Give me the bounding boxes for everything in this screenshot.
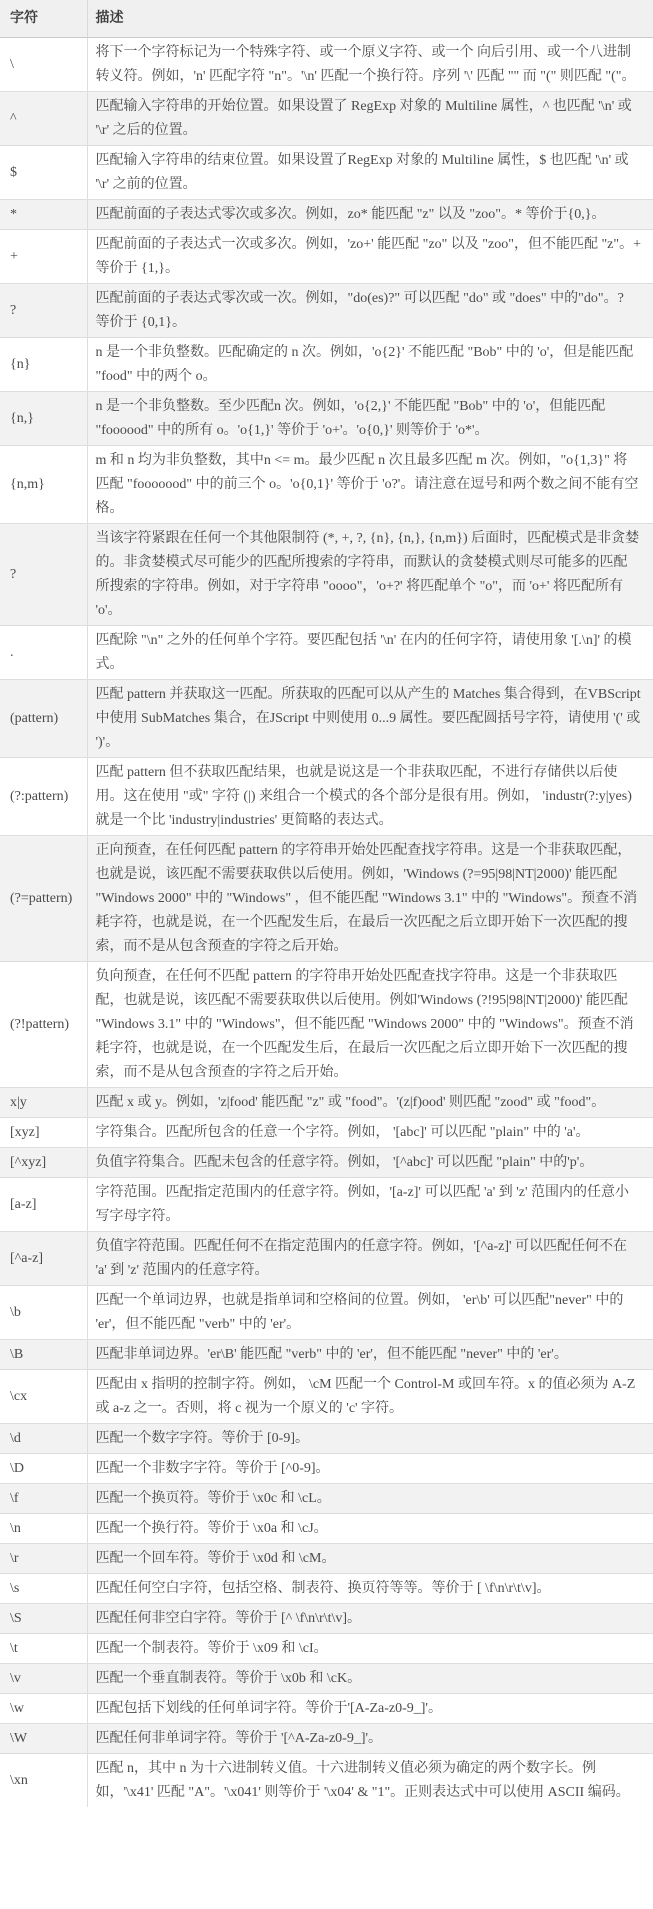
char-cell: \xn xyxy=(0,1754,87,1808)
desc-cell: 匹配一个非数字字符。等价于 [^0-9]。 xyxy=(87,1454,653,1484)
desc-cell: 将下一个字符标记为一个特殊字符、或一个原义字符、或一个 向后引用、或一个八进制转… xyxy=(87,38,653,92)
table-row: [a-z]字符范围。匹配指定范围内的任意字符。例如，'[a-z]' 可以匹配 '… xyxy=(0,1178,653,1232)
table-row: [xyz]字符集合。匹配所包含的任意一个字符。例如， '[abc]' 可以匹配 … xyxy=(0,1118,653,1148)
char-cell: [^xyz] xyxy=(0,1148,87,1178)
char-cell: [xyz] xyxy=(0,1118,87,1148)
char-cell: . xyxy=(0,626,87,680)
char-cell: \n xyxy=(0,1514,87,1544)
desc-cell: 匹配前面的子表达式零次或一次。例如，"do(es)?" 可以匹配 "do" 或 … xyxy=(87,284,653,338)
char-cell: \B xyxy=(0,1340,87,1370)
table-row: [^xyz]负值字符集合。匹配未包含的任意字符。例如， '[^abc]' 可以匹… xyxy=(0,1148,653,1178)
desc-cell: 负向预查，在任何不匹配 pattern 的字符串开始处匹配查找字符串。这是一个非… xyxy=(87,962,653,1088)
desc-cell: 匹配一个制表符。等价于 \x09 和 \cI。 xyxy=(87,1634,653,1664)
desc-cell: 匹配一个单词边界，也就是指单词和空格间的位置。例如， 'er\b' 可以匹配"n… xyxy=(87,1286,653,1340)
table-row: \cx匹配由 x 指明的控制字符。例如， \cM 匹配一个 Control-M … xyxy=(0,1370,653,1424)
char-cell: {n,m} xyxy=(0,446,87,524)
desc-cell: 匹配一个数字字符。等价于 [0-9]。 xyxy=(87,1424,653,1454)
char-cell: x|y xyxy=(0,1088,87,1118)
table-row: \r匹配一个回车符。等价于 \x0d 和 \cM。 xyxy=(0,1544,653,1574)
char-cell: \ xyxy=(0,38,87,92)
char-cell: (pattern) xyxy=(0,680,87,758)
desc-cell: 匹配输入字符串的结束位置。如果设置了RegExp 对象的 Multiline 属… xyxy=(87,146,653,200)
char-cell: $ xyxy=(0,146,87,200)
desc-cell: 匹配除 "\n" 之外的任何单个字符。要匹配包括 '\n' 在内的任何字符，请使… xyxy=(87,626,653,680)
desc-cell: 匹配由 x 指明的控制字符。例如， \cM 匹配一个 Control-M 或回车… xyxy=(87,1370,653,1424)
desc-cell: n 是一个非负整数。至少匹配n 次。例如，'o{2,}' 不能匹配 "Bob" … xyxy=(87,392,653,446)
char-cell: ? xyxy=(0,524,87,626)
regex-reference-table: 字符 描述 \将下一个字符标记为一个特殊字符、或一个原义字符、或一个 向后引用、… xyxy=(0,0,653,1807)
table-body: \将下一个字符标记为一个特殊字符、或一个原义字符、或一个 向后引用、或一个八进制… xyxy=(0,38,653,1808)
table-row: *匹配前面的子表达式零次或多次。例如，zo* 能匹配 "z" 以及 "zoo"。… xyxy=(0,200,653,230)
char-cell: \b xyxy=(0,1286,87,1340)
table-row: ?匹配前面的子表达式零次或一次。例如，"do(es)?" 可以匹配 "do" 或… xyxy=(0,284,653,338)
desc-cell: 匹配前面的子表达式零次或多次。例如，zo* 能匹配 "z" 以及 "zoo"。*… xyxy=(87,200,653,230)
desc-cell: 当该字符紧跟在任何一个其他限制符 (*, +, ?, {n}, {n,}, {n… xyxy=(87,524,653,626)
column-header-desc: 描述 xyxy=(87,0,653,38)
desc-cell: 正向预查，在任何匹配 pattern 的字符串开始处匹配查找字符串。这是一个非获… xyxy=(87,836,653,962)
char-cell: ^ xyxy=(0,92,87,146)
desc-cell: 负值字符范围。匹配任何不在指定范围内的任意字符。例如，'[^a-z]' 可以匹配… xyxy=(87,1232,653,1286)
char-cell: [a-z] xyxy=(0,1178,87,1232)
char-cell: + xyxy=(0,230,87,284)
table-row: (?!pattern)负向预查，在任何不匹配 pattern 的字符串开始处匹配… xyxy=(0,962,653,1088)
desc-cell: 匹配 x 或 y。例如，'z|food' 能匹配 "z" 或 "food"。'(… xyxy=(87,1088,653,1118)
table-row: (?=pattern)正向预查，在任何匹配 pattern 的字符串开始处匹配查… xyxy=(0,836,653,962)
char-cell: ? xyxy=(0,284,87,338)
char-cell: (?:pattern) xyxy=(0,758,87,836)
table-row: (pattern)匹配 pattern 并获取这一匹配。所获取的匹配可以从产生的… xyxy=(0,680,653,758)
char-cell: \S xyxy=(0,1604,87,1634)
desc-cell: m 和 n 均为非负整数，其中n <= m。最少匹配 n 次且最多匹配 m 次。… xyxy=(87,446,653,524)
char-cell: (?=pattern) xyxy=(0,836,87,962)
table-row: \d匹配一个数字字符。等价于 [0-9]。 xyxy=(0,1424,653,1454)
table-row: \B匹配非单词边界。'er\B' 能匹配 "verb" 中的 'er'，但不能匹… xyxy=(0,1340,653,1370)
char-cell: \D xyxy=(0,1454,87,1484)
table-row: \w匹配包括下划线的任何单词字符。等价于'[A-Za-z0-9_]'。 xyxy=(0,1694,653,1724)
table-row: \将下一个字符标记为一个特殊字符、或一个原义字符、或一个 向后引用、或一个八进制… xyxy=(0,38,653,92)
desc-cell: 匹配前面的子表达式一次或多次。例如，'zo+' 能匹配 "zo" 以及 "zoo… xyxy=(87,230,653,284)
table-row: ?当该字符紧跟在任何一个其他限制符 (*, +, ?, {n}, {n,}, {… xyxy=(0,524,653,626)
table-row: {n}n 是一个非负整数。匹配确定的 n 次。例如，'o{2}' 不能匹配 "B… xyxy=(0,338,653,392)
table-row: $匹配输入字符串的结束位置。如果设置了RegExp 对象的 Multiline … xyxy=(0,146,653,200)
table-row: {n,}n 是一个非负整数。至少匹配n 次。例如，'o{2,}' 不能匹配 "B… xyxy=(0,392,653,446)
table-row: .匹配除 "\n" 之外的任何单个字符。要匹配包括 '\n' 在内的任何字符，请… xyxy=(0,626,653,680)
char-cell: (?!pattern) xyxy=(0,962,87,1088)
table-row: \n匹配一个换行符。等价于 \x0a 和 \cJ。 xyxy=(0,1514,653,1544)
char-cell: \r xyxy=(0,1544,87,1574)
desc-cell: 字符集合。匹配所包含的任意一个字符。例如， '[abc]' 可以匹配 "plai… xyxy=(87,1118,653,1148)
table-row: (?:pattern)匹配 pattern 但不获取匹配结果，也就是说这是一个非… xyxy=(0,758,653,836)
char-cell: \s xyxy=(0,1574,87,1604)
desc-cell: 匹配任何非单词字符。等价于 '[^A-Za-z0-9_]'。 xyxy=(87,1724,653,1754)
char-cell: \t xyxy=(0,1634,87,1664)
table-row: [^a-z]负值字符范围。匹配任何不在指定范围内的任意字符。例如，'[^a-z]… xyxy=(0,1232,653,1286)
table-row: \W匹配任何非单词字符。等价于 '[^A-Za-z0-9_]'。 xyxy=(0,1724,653,1754)
table-row: \v匹配一个垂直制表符。等价于 \x0b 和 \cK。 xyxy=(0,1664,653,1694)
desc-cell: 匹配一个换页符。等价于 \x0c 和 \cL。 xyxy=(87,1484,653,1514)
table-row: \t匹配一个制表符。等价于 \x09 和 \cI。 xyxy=(0,1634,653,1664)
desc-cell: 匹配任何空白字符，包括空格、制表符、换页符等等。等价于 [ \f\n\r\t\v… xyxy=(87,1574,653,1604)
table-row: \xn匹配 n，其中 n 为十六进制转义值。十六进制转义值必须为确定的两个数字长… xyxy=(0,1754,653,1808)
char-cell: [^a-z] xyxy=(0,1232,87,1286)
desc-cell: 匹配一个回车符。等价于 \x0d 和 \cM。 xyxy=(87,1544,653,1574)
desc-cell: 匹配包括下划线的任何单词字符。等价于'[A-Za-z0-9_]'。 xyxy=(87,1694,653,1724)
table-row: {n,m}m 和 n 均为非负整数，其中n <= m。最少匹配 n 次且最多匹配… xyxy=(0,446,653,524)
desc-cell: 匹配非单词边界。'er\B' 能匹配 "verb" 中的 'er'，但不能匹配 … xyxy=(87,1340,653,1370)
table-row: \b匹配一个单词边界，也就是指单词和空格间的位置。例如， 'er\b' 可以匹配… xyxy=(0,1286,653,1340)
table-row: ^匹配输入字符串的开始位置。如果设置了 RegExp 对象的 Multiline… xyxy=(0,92,653,146)
desc-cell: 匹配 n，其中 n 为十六进制转义值。十六进制转义值必须为确定的两个数字长。例如… xyxy=(87,1754,653,1808)
char-cell: \W xyxy=(0,1724,87,1754)
table-row: x|y匹配 x 或 y。例如，'z|food' 能匹配 "z" 或 "food"… xyxy=(0,1088,653,1118)
desc-cell: 匹配一个垂直制表符。等价于 \x0b 和 \cK。 xyxy=(87,1664,653,1694)
desc-cell: 匹配 pattern 但不获取匹配结果，也就是说这是一个非获取匹配，不进行存储供… xyxy=(87,758,653,836)
table-row: \D匹配一个非数字字符。等价于 [^0-9]。 xyxy=(0,1454,653,1484)
header-row: 字符 描述 xyxy=(0,0,653,38)
char-cell: * xyxy=(0,200,87,230)
desc-cell: 匹配一个换行符。等价于 \x0a 和 \cJ。 xyxy=(87,1514,653,1544)
char-cell: \w xyxy=(0,1694,87,1724)
table-row: \s匹配任何空白字符，包括空格、制表符、换页符等等。等价于 [ \f\n\r\t… xyxy=(0,1574,653,1604)
char-cell: \f xyxy=(0,1484,87,1514)
char-cell: \cx xyxy=(0,1370,87,1424)
table-header: 字符 描述 xyxy=(0,0,653,38)
desc-cell: 匹配输入字符串的开始位置。如果设置了 RegExp 对象的 Multiline … xyxy=(87,92,653,146)
char-cell: \d xyxy=(0,1424,87,1454)
desc-cell: 负值字符集合。匹配未包含的任意字符。例如， '[^abc]' 可以匹配 "pla… xyxy=(87,1148,653,1178)
char-cell: {n} xyxy=(0,338,87,392)
desc-cell: 匹配任何非空白字符。等价于 [^ \f\n\r\t\v]。 xyxy=(87,1604,653,1634)
desc-cell: 匹配 pattern 并获取这一匹配。所获取的匹配可以从产生的 Matches … xyxy=(87,680,653,758)
char-cell: {n,} xyxy=(0,392,87,446)
column-header-char: 字符 xyxy=(0,0,87,38)
desc-cell: n 是一个非负整数。匹配确定的 n 次。例如，'o{2}' 不能匹配 "Bob"… xyxy=(87,338,653,392)
desc-cell: 字符范围。匹配指定范围内的任意字符。例如，'[a-z]' 可以匹配 'a' 到 … xyxy=(87,1178,653,1232)
table-row: \S匹配任何非空白字符。等价于 [^ \f\n\r\t\v]。 xyxy=(0,1604,653,1634)
table-row: +匹配前面的子表达式一次或多次。例如，'zo+' 能匹配 "zo" 以及 "zo… xyxy=(0,230,653,284)
table-row: \f匹配一个换页符。等价于 \x0c 和 \cL。 xyxy=(0,1484,653,1514)
char-cell: \v xyxy=(0,1664,87,1694)
